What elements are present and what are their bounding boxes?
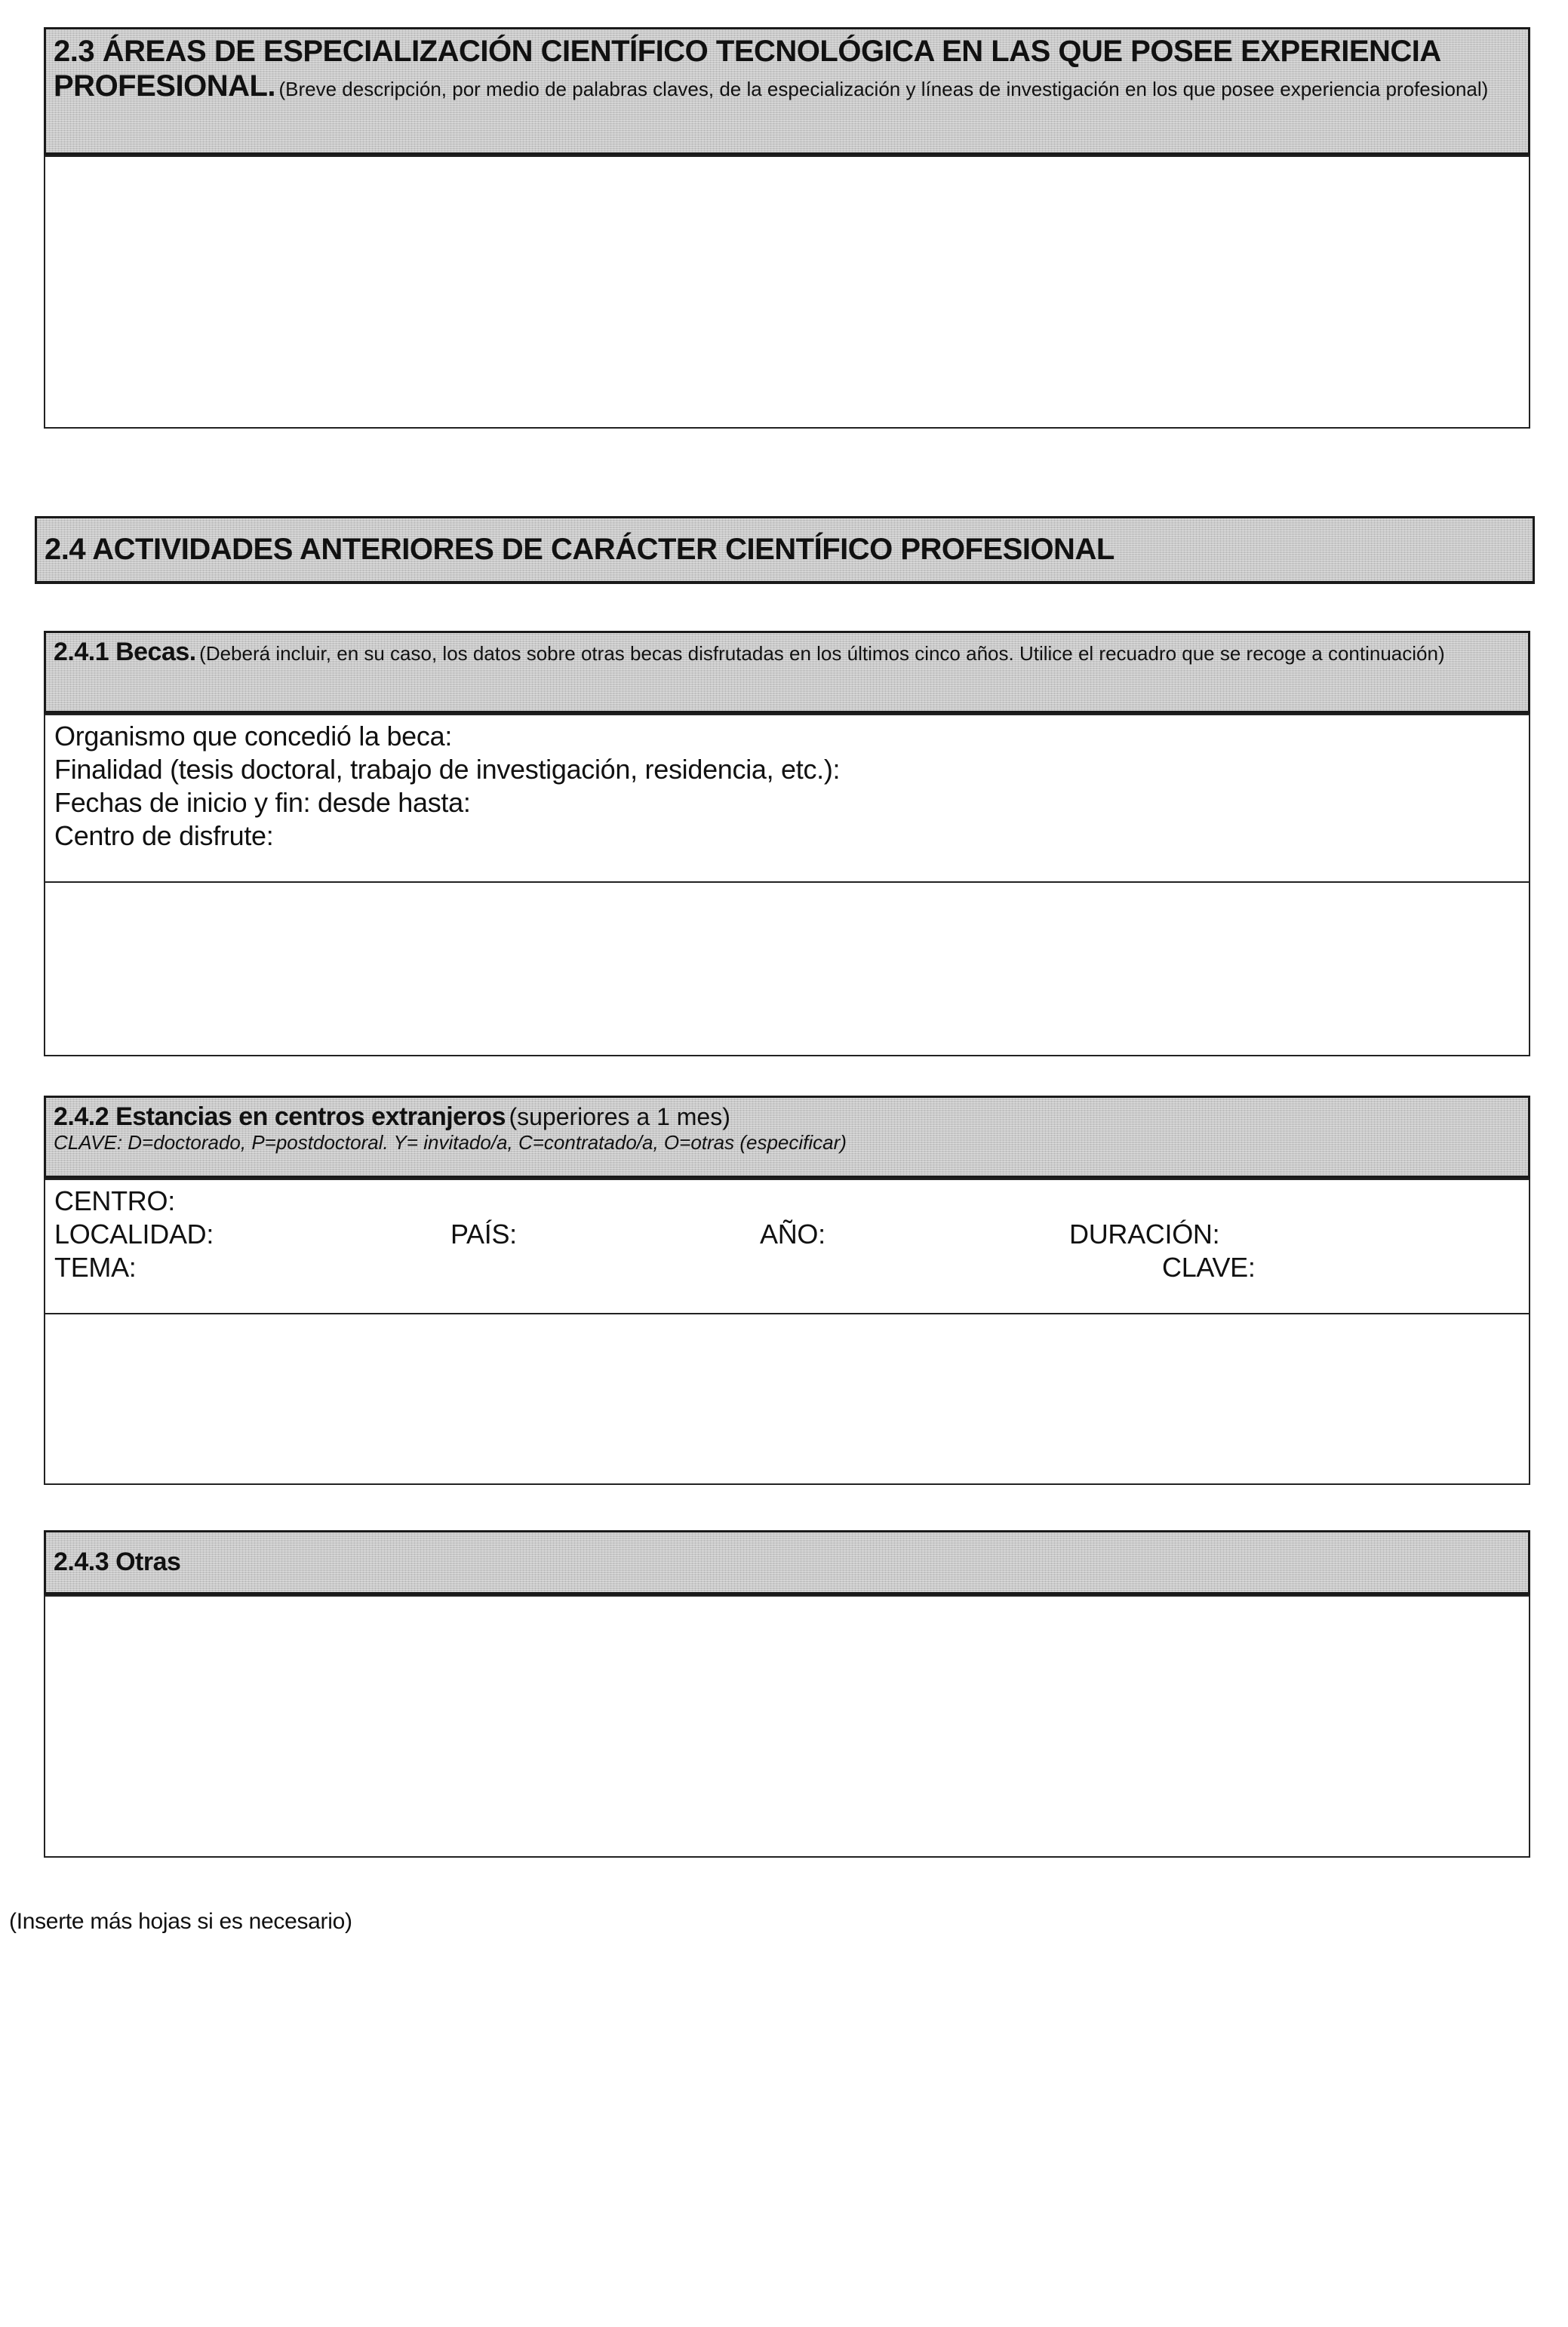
section-2-4-2-title-suffix: (superiores a 1 mes) (509, 1103, 730, 1130)
estancias-fields: CENTRO: LOCALIDAD: PAÍS: AÑO: DURACIÓN: … (45, 1180, 1529, 1313)
section-2-4-1-header: 2.4.1 Becas. (Deberá incluir, en su caso… (44, 631, 1530, 714)
section-2-4-2-title: 2.4.2 Estancias en centros extranjeros (54, 1102, 506, 1131)
field-pais[interactable]: PAÍS: (450, 1218, 760, 1251)
section-2-4-2-header: 2.4.2 Estancias en centros extranjeros (… (44, 1096, 1530, 1179)
field-organismo[interactable]: Organismo que concedió la beca: (54, 720, 1520, 753)
becas-fields: Organismo que concedió la beca: Finalida… (45, 715, 1529, 881)
section-2-4-header: 2.4 ACTIVIDADES ANTERIORES DE CARÁCTER C… (35, 516, 1535, 584)
becas-answer-area[interactable] (45, 881, 1529, 1053)
field-localidad[interactable]: LOCALIDAD: (54, 1218, 450, 1251)
field-anio[interactable]: AÑO: (760, 1218, 1069, 1251)
field-centro-disfrute[interactable]: Centro de disfrute: (54, 819, 1520, 853)
field-tema[interactable]: TEMA: (54, 1251, 1162, 1284)
section-2-3-answer-box[interactable] (44, 155, 1530, 429)
estancias-row-2: LOCALIDAD: PAÍS: AÑO: DURACIÓN: (54, 1218, 1520, 1251)
section-2-3-header: 2.3 ÁREAS DE ESPECIALIZACIÓN CIENTÍFICO … (44, 27, 1530, 155)
section-2-3-note: (Breve descripción, por medio de palabra… (278, 78, 1488, 100)
estancias-row-3: TEMA: CLAVE: (54, 1251, 1520, 1284)
field-duracion[interactable]: DURACIÓN: (1069, 1218, 1219, 1251)
field-finalidad[interactable]: Finalidad (tesis doctoral, trabajo de in… (54, 753, 1520, 786)
field-centro[interactable]: CENTRO: (54, 1185, 1520, 1218)
section-2-4-2-box: CENTRO: LOCALIDAD: PAÍS: AÑO: DURACIÓN: … (44, 1179, 1530, 1485)
section-2-4-3-answer-box[interactable] (44, 1595, 1530, 1858)
field-fechas[interactable]: Fechas de inicio y fin: desde hasta: (54, 786, 1520, 819)
section-2-4-3-header: 2.4.3 Otras (44, 1530, 1530, 1595)
section-2-4-title: 2.4 ACTIVIDADES ANTERIORES DE CARÁCTER C… (45, 533, 1115, 566)
section-2-4-3-title: 2.4.3 Otras (54, 1548, 180, 1576)
section-2-4-1-box: Organismo que concedió la beca: Finalida… (44, 714, 1530, 1056)
section-2-4-1-title: 2.4.1 Becas. (54, 638, 196, 666)
estancias-answer-area[interactable] (45, 1313, 1529, 1488)
section-2-4-2-key-note: CLAVE: D=doctorado, P=postdoctoral. Y= i… (54, 1132, 1520, 1154)
section-2-4-1-note: (Deberá incluir, en su caso, los datos s… (199, 642, 1444, 665)
footer-note: (Inserte más hojas si es necesario) (9, 1909, 352, 1935)
field-clave[interactable]: CLAVE: (1162, 1251, 1256, 1284)
